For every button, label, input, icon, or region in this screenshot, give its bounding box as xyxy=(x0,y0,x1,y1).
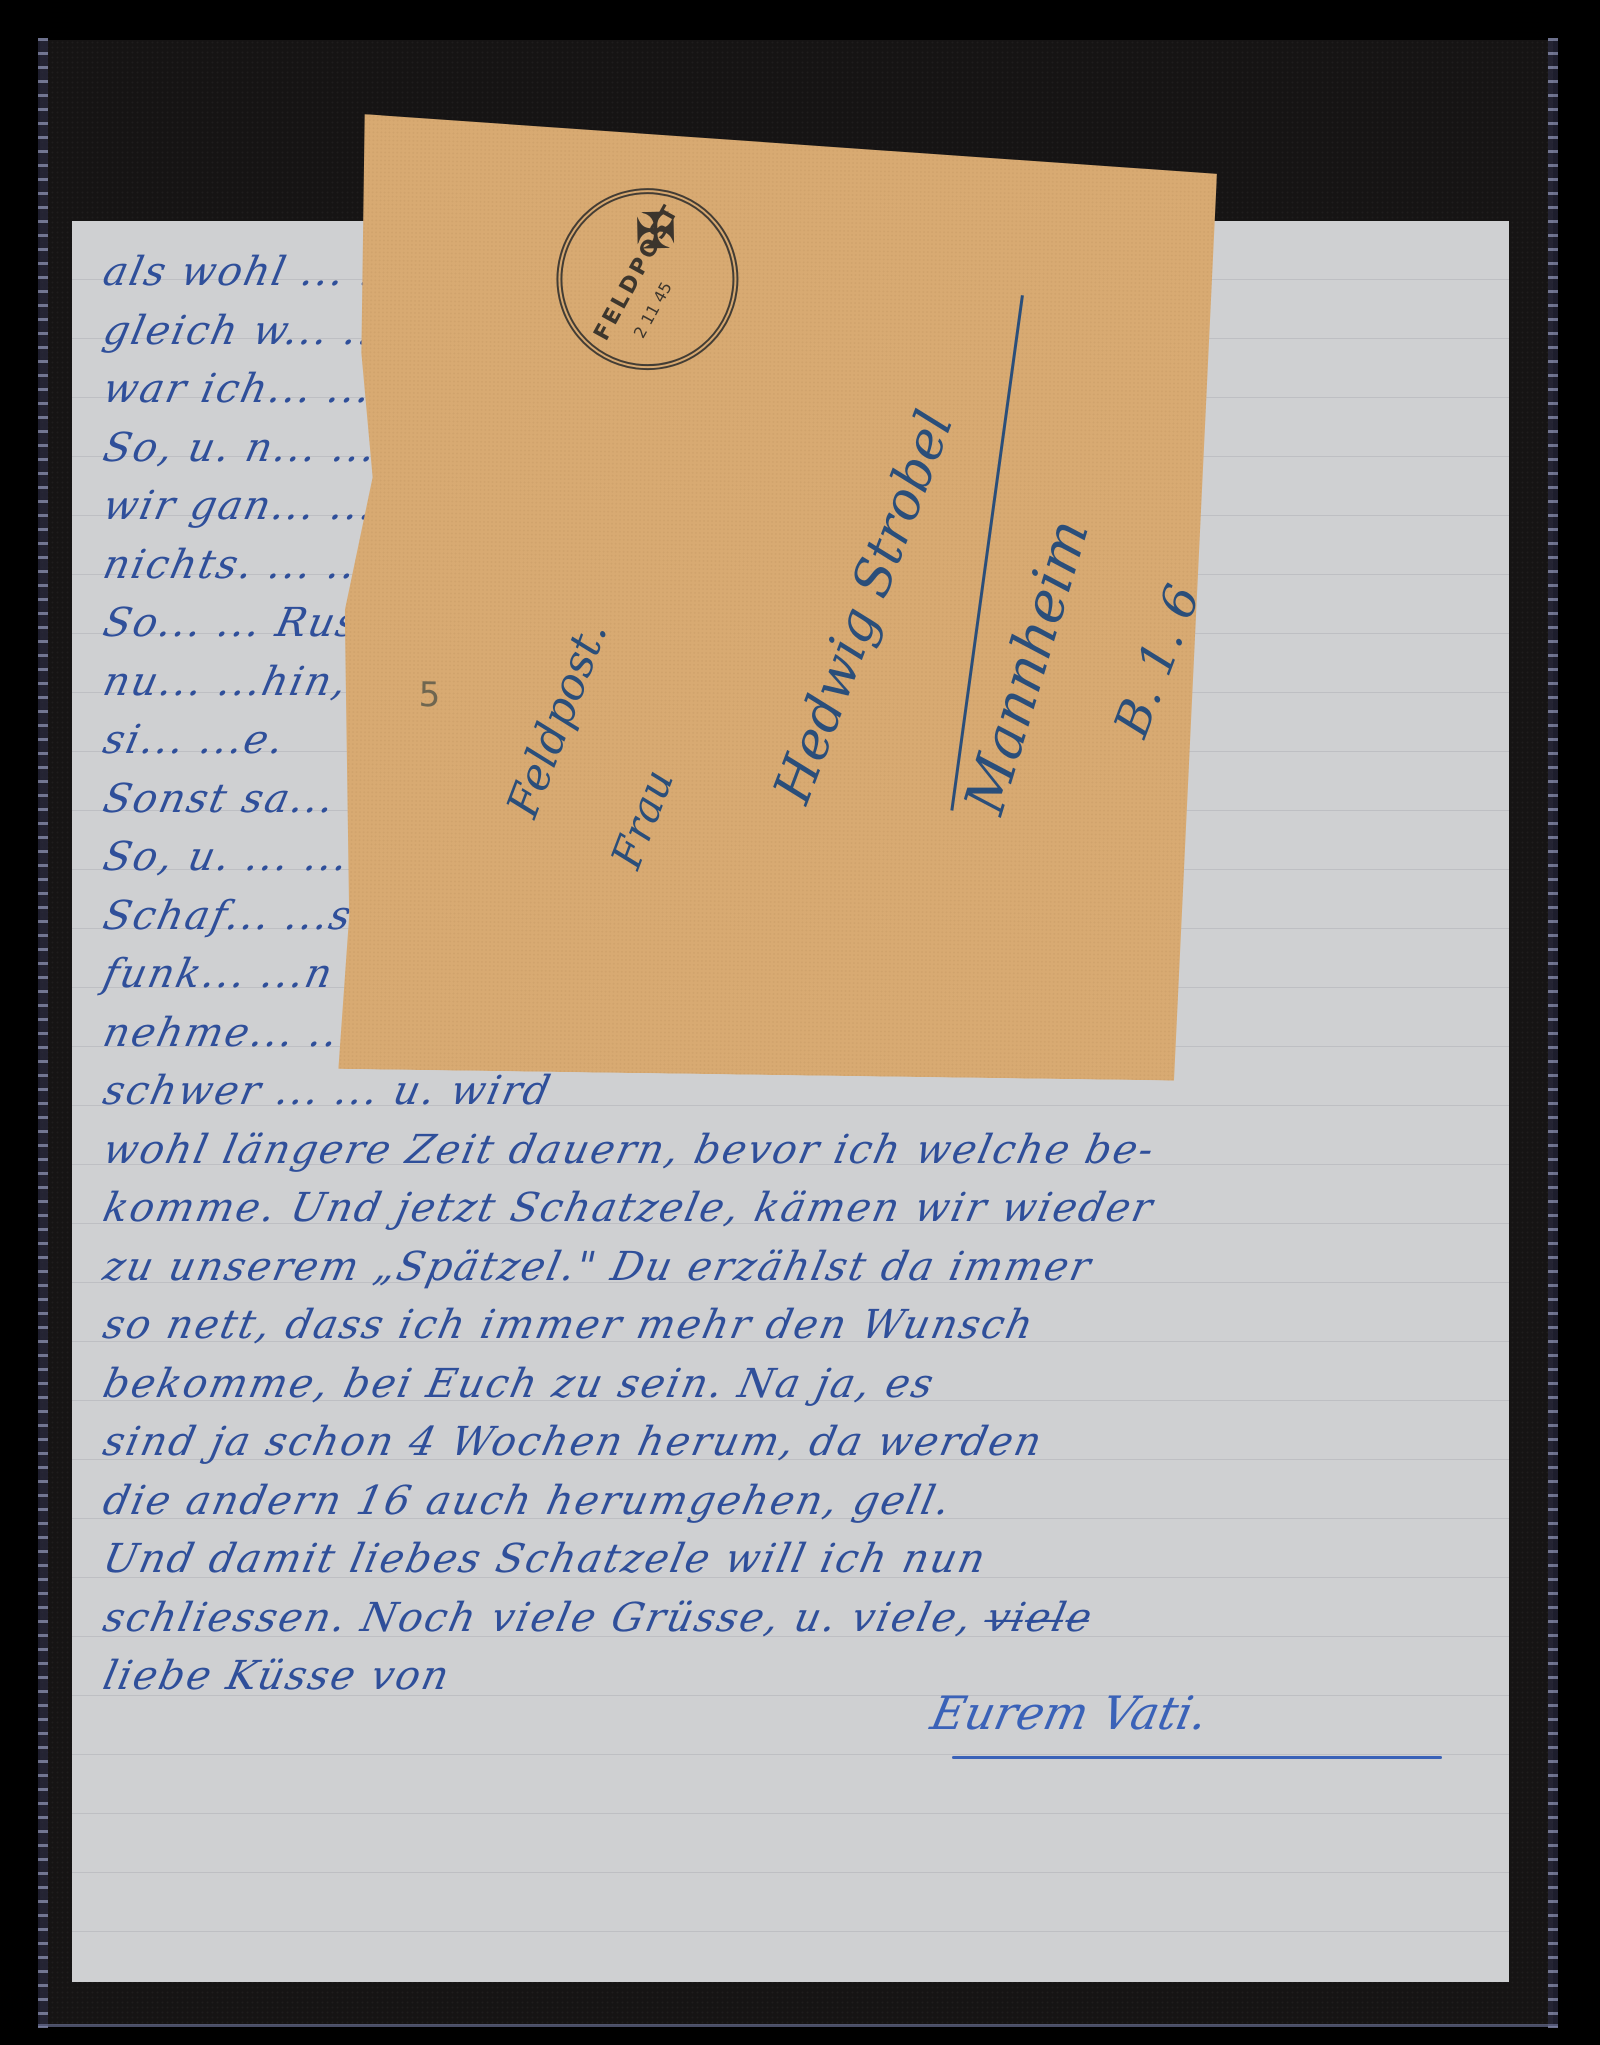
envelope-texture xyxy=(338,114,1217,1081)
letter-line: Und damit liebes Schatzele will ich nun xyxy=(99,1536,991,1582)
signature-underline xyxy=(952,1756,1442,1759)
letter-line: liebe Küsse von xyxy=(99,1653,455,1699)
envelope: FELDPOST 2 11 45 ✠ Feldpost. Frau Hedwig… xyxy=(338,114,1217,1081)
letter-line: zu unserem „Spätzel." Du erzählst da imm… xyxy=(99,1244,1096,1290)
letter-line: wohl längere Zeit dauern, bevor ich welc… xyxy=(99,1127,1159,1173)
envelope-pencil-note: 5 xyxy=(418,675,440,715)
letter-line: komme. Und jetzt Schatzele, kämen wir wi… xyxy=(99,1185,1158,1231)
letter-line: so nett, dass ich immer mehr den Wunsch xyxy=(99,1302,1039,1348)
letter-signature: Eurem Vati. xyxy=(926,1686,1212,1740)
letter-line: schwer ... ... u. wird xyxy=(99,1068,556,1114)
letter-line: sind ja schon 4 Wochen herum, da werden xyxy=(99,1419,1047,1465)
letter-line: si... ...e. xyxy=(99,717,289,763)
letter-line: schliessen. Noch viele Grüsse, u. viele,… xyxy=(99,1595,1098,1641)
sleeve-edge-bottom xyxy=(38,2024,1558,2027)
sleeve-edge-right xyxy=(1548,38,1558,2028)
eagle-icon: ✠ xyxy=(634,202,677,261)
letter-line: bekomme, bei Euch zu sein. Na ja, es xyxy=(99,1361,939,1407)
letter-line: die andern 16 auch herumgehen, gell. xyxy=(99,1478,956,1524)
sleeve-edge-left xyxy=(38,38,48,2028)
